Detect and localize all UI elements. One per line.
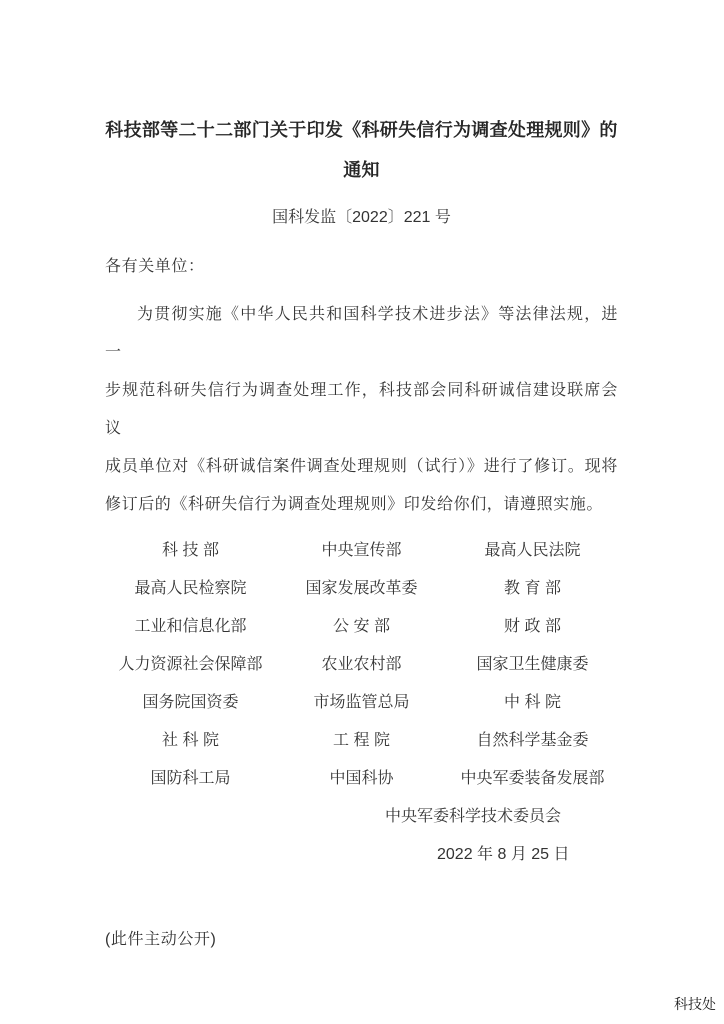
signatory-name: 中国科协 [276, 760, 447, 798]
signatory-committee: 中央军委科学技术委员会 [385, 798, 618, 836]
signatory-name: 农业农村部 [276, 646, 447, 684]
document-title-line-1: 科技部等二十二部门关于印发《科研失信行为调查处理规则》的 [105, 110, 618, 150]
issue-date: 2022 年 8 月 25 日 [437, 836, 618, 874]
signatory-grid: 科 技 部 中央宣传部 最高人民法院 最高人民检察院 国家发展改革委 教 育 部… [105, 532, 618, 798]
signatory-name: 最高人民法院 [447, 532, 618, 570]
disclosure-note: (此件主动公开) [105, 921, 618, 959]
signatory-name: 财 政 部 [447, 608, 618, 646]
signatory-name: 自然科学基金委 [447, 722, 618, 760]
document-content: 科技部等二十二部门关于印发《科研失信行为调查处理规则》的 通知 国科发监〔202… [0, 110, 724, 959]
document-title-line-2: 通知 [105, 150, 618, 190]
signatory-name: 国家卫生健康委 [447, 646, 618, 684]
document-page: 科技部等二十二部门关于印发《科研失信行为调查处理规则》的 通知 国科发监〔202… [0, 0, 724, 1024]
signatory-name: 国家发展改革委 [276, 570, 447, 608]
salutation: 各有关单位： [105, 248, 618, 286]
signatory-name: 教 育 部 [447, 570, 618, 608]
paragraph-line: 修订后的《科研失信行为调查处理规则》印发给你们，请遵照实施。 [105, 486, 618, 524]
document-number: 国科发监〔2022〕221 号 [105, 206, 618, 230]
paragraph-line: 成员单位对《科研诚信案件调查处理规则（试行）》进行了修订。现将 [105, 448, 618, 486]
signatory-name: 人力资源社会保障部 [105, 646, 276, 684]
signatory-name: 国防科工局 [105, 760, 276, 798]
signatory-name: 国务院国资委 [105, 684, 276, 722]
paragraph-line: 步规范科研失信行为调查处理工作，科技部会同科研诚信建设联席会议 [105, 372, 618, 448]
signatory-name: 中 科 院 [447, 684, 618, 722]
signatory-name: 科 技 部 [105, 532, 276, 570]
signatory-name: 中央军委装备发展部 [447, 760, 618, 798]
footer-department-label: 科技处 [674, 996, 716, 1012]
signatory-name: 最高人民检察院 [105, 570, 276, 608]
signatory-name: 公 安 部 [276, 608, 447, 646]
signatory-name: 工 程 院 [276, 722, 447, 760]
document-title: 科技部等二十二部门关于印发《科研失信行为调查处理规则》的 通知 [105, 110, 618, 190]
signatory-name: 中央宣传部 [276, 532, 447, 570]
signatory-name: 工业和信息化部 [105, 608, 276, 646]
signatory-name: 社 科 院 [105, 722, 276, 760]
body-paragraph: 为贯彻实施《中华人民共和国科学技术进步法》等法律法规，进一 步规范科研失信行为调… [105, 296, 618, 524]
paragraph-line: 为贯彻实施《中华人民共和国科学技术进步法》等法律法规，进一 [105, 296, 618, 372]
signatory-name: 市场监管总局 [276, 684, 447, 722]
